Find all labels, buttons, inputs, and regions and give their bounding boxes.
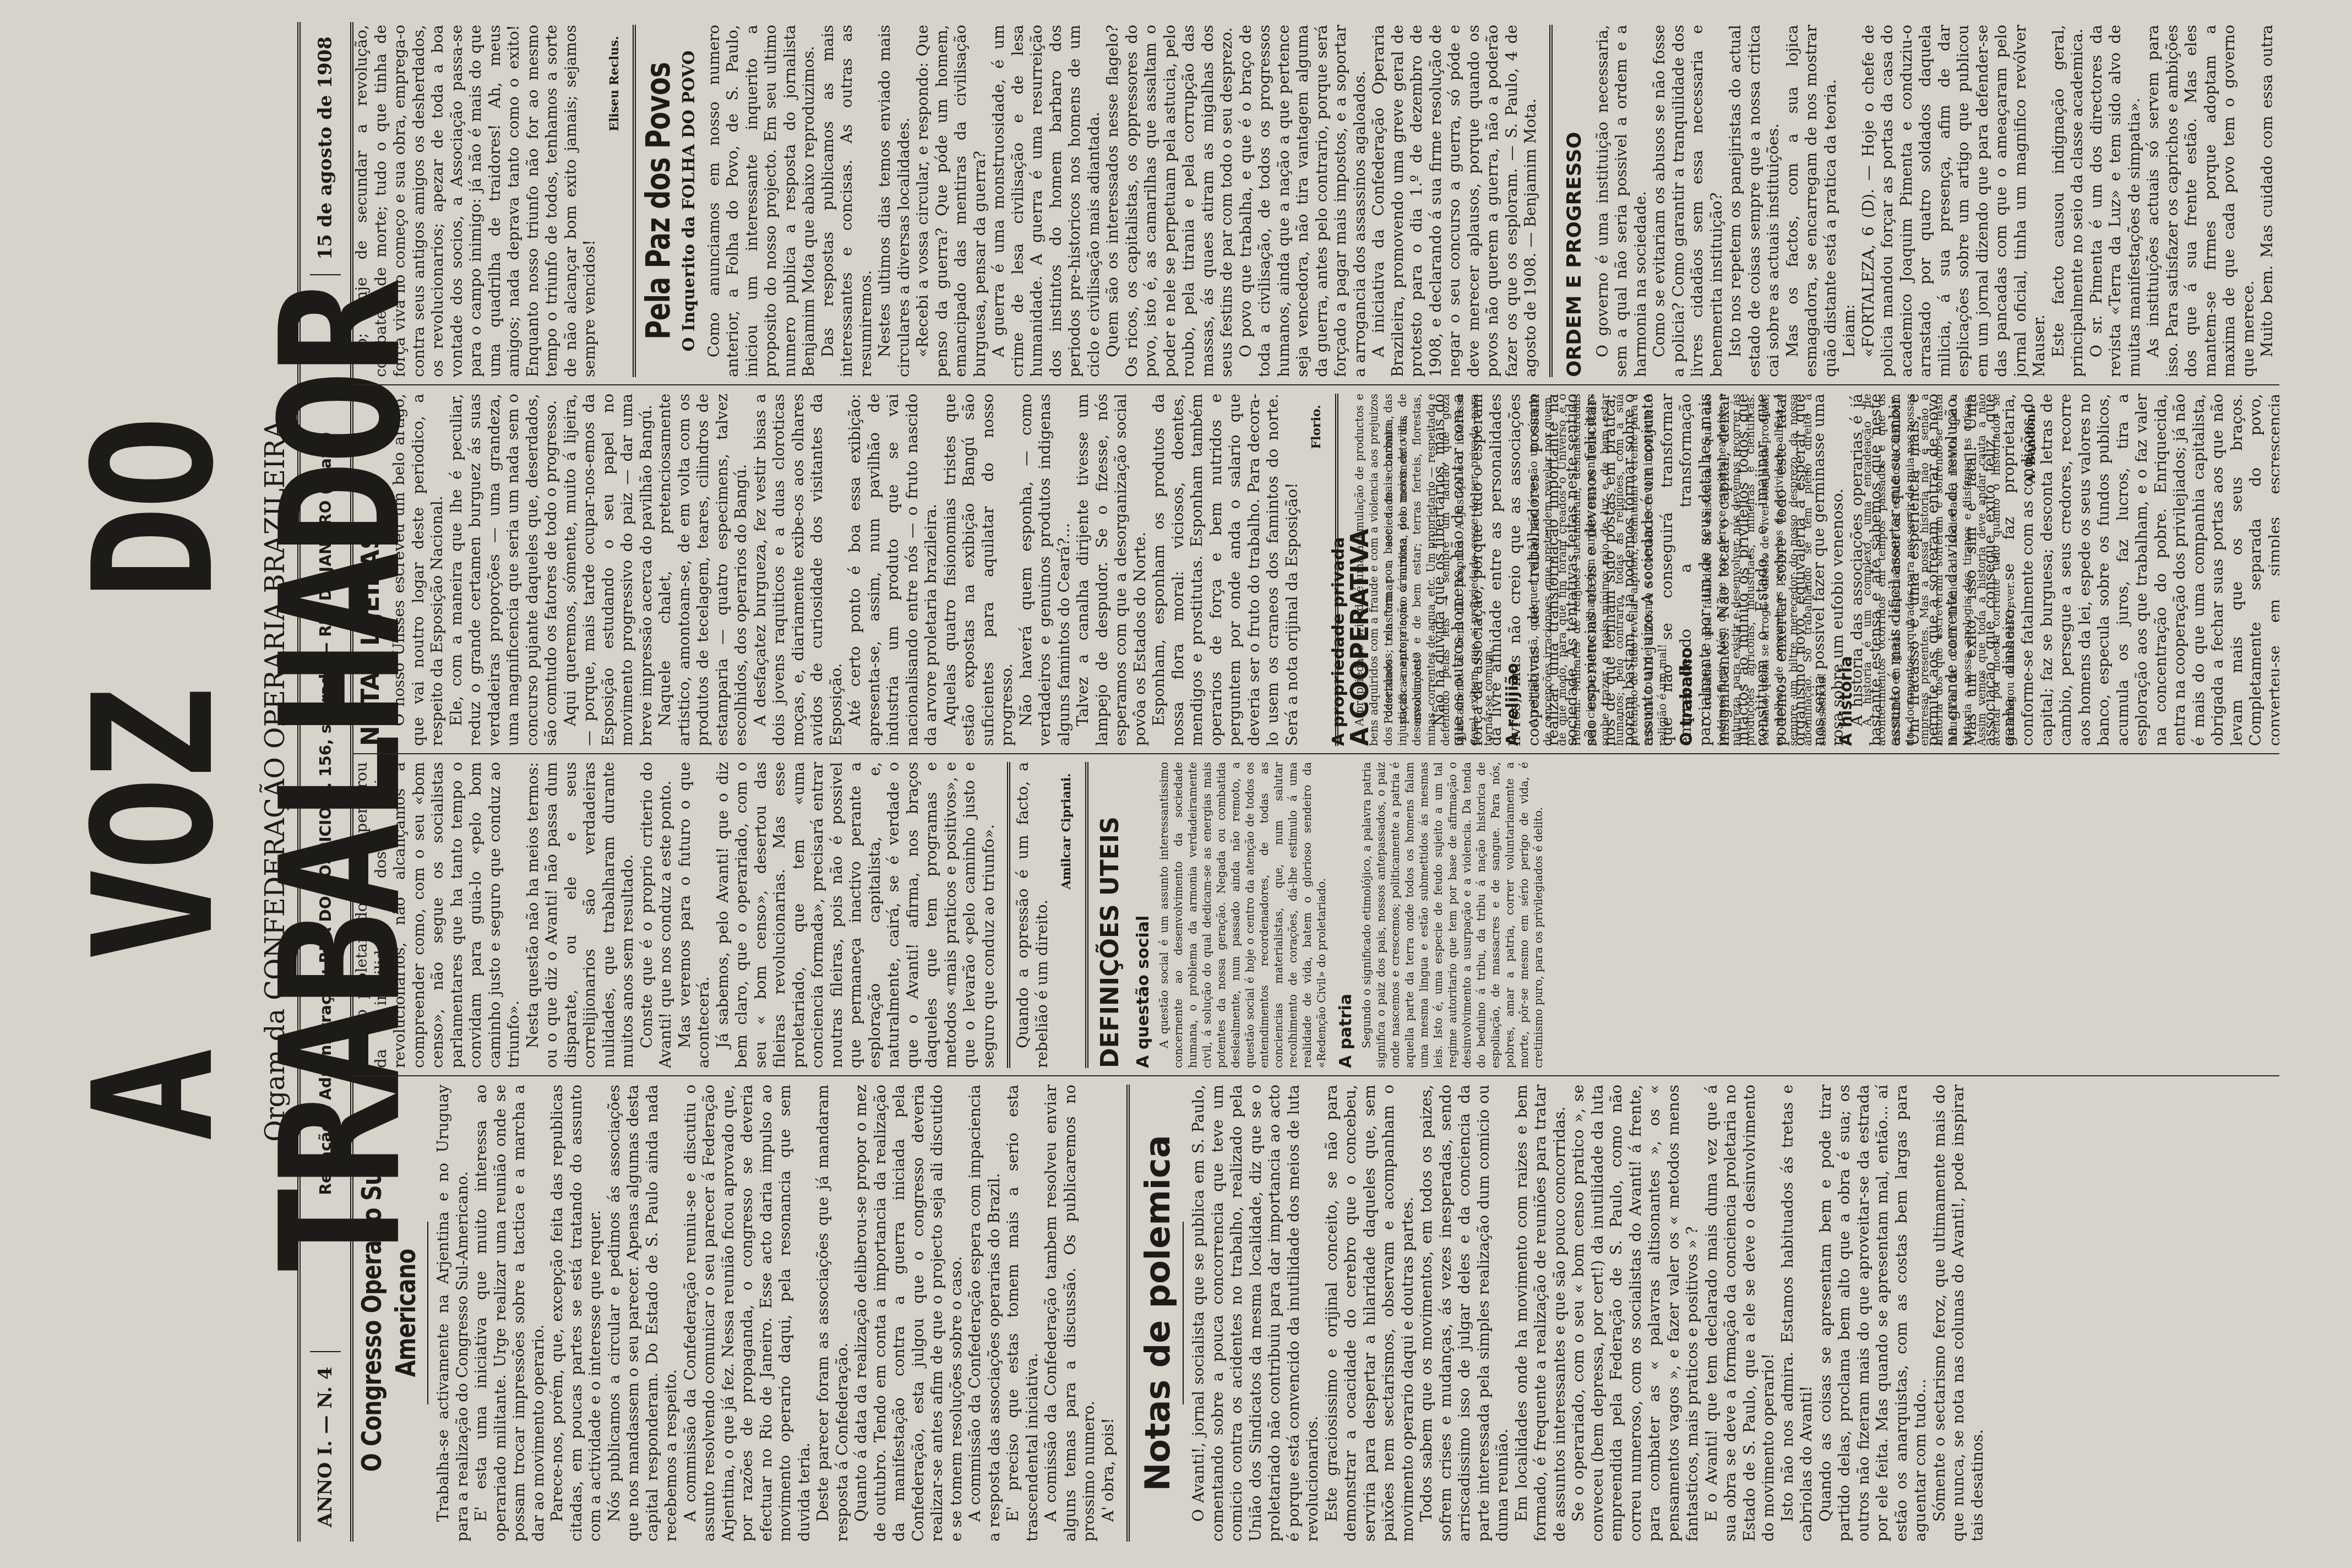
paragraph: Todos sabem que os movimentos, em todos … (1417, 1085, 1512, 1542)
paragraph: Deste parecer foram as associações que j… (814, 1085, 852, 1542)
paragraph: Parece-nos, porém, que, excepção feita d… (548, 1085, 605, 1542)
paragraph: Até certo ponto é boa essa exibição: apr… (846, 394, 941, 746)
masthead-title: A VOZ DO TRABALHADOR (61, 64, 248, 1498)
paragraph: Este graciosissimo e orijinal conceito, … (1322, 1085, 1418, 1542)
cooperativa-continued: do; lonje de secundar a revolução, comba… (352, 25, 600, 377)
definitions-continued: A propriedade privada A propriedade priv… (1321, 394, 2279, 746)
paragraph: Isto nos repetem os panejiristas do actu… (1726, 25, 1783, 377)
paragraph: O governo é uma instituição necessaria, … (1593, 25, 1651, 377)
paragraph: A commissão da Confederação espera com i… (966, 1085, 1004, 1542)
paragraph: Já sabemos, pelo Avanti! que o diz bem c… (714, 762, 999, 1068)
paragraph: Como anunciamos em nosso numero anterior… (705, 25, 819, 377)
paragraph: Quem são os interessados nesse flagelo? … (1103, 25, 1237, 377)
definition-title: A historia (1836, 394, 1858, 746)
column-rule (352, 1075, 2279, 1076)
definition-title: A propriedade privada (1328, 394, 1350, 746)
paragraph: Leiam: (1840, 25, 1859, 377)
quote-text: Quando a opressão é um facto, a rebelião… (1014, 762, 1052, 1068)
paragraph: Se o proletariado se compenetrou da inut… (352, 762, 524, 1068)
paragraph: Se o operariado, com o seu « bom censo p… (1569, 1085, 1702, 1542)
paragraph: Isto não nos admira. Estamos habituados … (1778, 1085, 1816, 1542)
paragraph: E o Avanti! que tem declarado mais duma … (1702, 1085, 1778, 1542)
paragraph: Das respostas publicamos as mais interes… (819, 25, 876, 377)
definition-title: A questão social (1133, 762, 1155, 1068)
paragraph: A comissão da Confederação tambem resolv… (1042, 1085, 1099, 1542)
paragraph: Muito bem. Mas cuidado com essa outra qu… (2258, 25, 2279, 377)
paragraph: «FORTALEZA, 6 (D). — Hoje o chefe de pol… (1859, 25, 2049, 377)
definitions-list: A questão socialA questão social é um as… (1133, 762, 1545, 1068)
divider (633, 25, 639, 377)
paragraph: E' esta uma iniciativa que muito interes… (472, 1085, 548, 1542)
article-congresso-body: Trabalha-se activamente na Arjentina e n… (434, 1085, 1118, 1542)
paragraph: Como se evitariam os abusos se não fosse… (1650, 25, 1726, 377)
paragraph: Mas os factos, com a sua lojica esmagado… (1783, 25, 1841, 377)
paragraph: A guerra é uma monstruosidade, é um crim… (989, 25, 1103, 377)
paragraph: Não haverá quem esponha, — como verdadei… (1017, 394, 1074, 746)
definition-text: A questão social é um assunto interessan… (1157, 762, 1329, 1068)
divider (1007, 762, 1014, 1068)
paragraph: Aquelas quatro fisionomias tristes que e… (941, 394, 1017, 746)
paragraph: E' preciso que estas tomem mais a serio … (1004, 1085, 1042, 1542)
divider (310, 1351, 341, 1352)
reclus-signature: Eliseu Reclus. (605, 36, 624, 377)
paragraph: Mas veremos para o futuro o que acontece… (676, 762, 714, 1068)
paragraph: A' obra, pois! (1099, 1085, 1118, 1542)
definition-text: A propriedade privada é uma acumulação d… (1352, 394, 1495, 746)
paragraph: O sr. Pimenta é um dos directores da rev… (2087, 25, 2144, 377)
paragraph: Sómente o sectarismo feroz, que ultimame… (1930, 1085, 1988, 1542)
masthead-subtitle: Orgam da CONFEDERAÇÃO OPERARIA BRAZILEIR… (259, 26, 292, 1535)
divider (1549, 25, 1556, 377)
divider (427, 1222, 428, 1404)
paragraph: Nós publicamos a circular e pedimos ás a… (605, 1085, 681, 1542)
article-headline-polemica: Notas de polemica (1137, 1085, 1178, 1542)
notas-lijeiras-body: O nosso Ulisses escreveu um belo artigo,… (390, 394, 1302, 746)
section-heading-ordem: ORDEM E PROGRESSO (1559, 25, 1590, 377)
divider (1183, 1222, 1184, 1404)
divider (310, 274, 341, 275)
article-headline-congresso: O Congresso Operario Sul-Americano (355, 1130, 423, 1496)
section-heading-definicoes: DEFINIÇÕES UTEIS (1095, 762, 1126, 1068)
definition-title: O trabalho (1676, 394, 1698, 746)
column-rule (352, 384, 2279, 385)
paragraph: Conste que é o proprio criterio do Avant… (638, 762, 676, 1068)
paragraph: Nesta questão não ha meios termos: ou o … (524, 762, 638, 1068)
issue-date: 15 de agosto de 1908 (314, 22, 336, 274)
paragraph: «Recebi a vossa circular, e respondo: Qu… (913, 25, 989, 377)
paragraph: A iniciativa da Confederação Operaria Br… (1369, 25, 1540, 377)
definition-title: A relijião (1502, 394, 1524, 746)
article-polemica-body: O Avanti!, jornal socialista que se publ… (1189, 1085, 1987, 1542)
paragraph: A desfaçatez burgueza, fez vestir bisas … (751, 394, 846, 746)
definition-text: Segundo o significado etimolójico, a pal… (1359, 762, 1545, 1068)
article-polemica-continued: Se o proletariado se compenetrou da inut… (352, 762, 998, 1068)
section-heading-pela-paz: Pela Paz dos Povos (641, 60, 676, 342)
paragraph: Este facto causou indignação geral, prin… (2049, 25, 2087, 377)
column-4: do; lonje de secundar a revolução, comba… (352, 25, 2279, 377)
definition-text: O trabalho é uma fatalidade da existenci… (1700, 394, 1829, 746)
definition-text: A historia é um complexo, uma encadeação… (1860, 394, 2017, 746)
issue-info-bar: ANNO I. — N. 4 Redação e Administração: … (297, 22, 353, 1542)
paragraph: Nestes ultimos dias temos enviado mais c… (875, 25, 913, 377)
paragraph: Trabalha-se activamente na Arjentina e n… (434, 1085, 472, 1542)
ordem-progresso-body: O governo é uma instituição necessaria, … (1593, 25, 2280, 377)
paragraph: Em localidades onde ha movimento com rai… (1512, 1085, 1570, 1542)
newspaper-page: A VOZ DO TRABALHADOR Orgam da CONFEDERAÇ… (0, 0, 2352, 1568)
paragraph: Quando as coisas se apresentam bem e pod… (1816, 1085, 1930, 1542)
pela-paz-body: Como anunciamos em nosso numero anterior… (705, 25, 1540, 377)
paragraph: Esponham, esponham os produtos da nossa … (1150, 394, 1302, 746)
section-heading-notas: NOTAS LIJEIRAS (356, 394, 386, 746)
definition-text: A relijião cristã, qualquer relijião, nã… (1526, 394, 1669, 746)
paragraph: Aqui queremos, sómente, muito á lijeira,… (561, 394, 656, 746)
column-2: Se o proletariado se compenetrou da inut… (352, 762, 2279, 1068)
divider (1085, 762, 1092, 1068)
paragraph: A commissão da Confederação reuniu-se e … (681, 1085, 814, 1542)
paragraph: As instituições actuais só servem para i… (2144, 25, 2258, 377)
paragraph: Quanto á data da realização deliberou-se… (852, 1085, 966, 1542)
paragraph: O povo que trabalha, e que é o braço de … (1237, 25, 1370, 377)
paragraph: Ele, com a maneira que lhe é peculiar, r… (447, 394, 561, 746)
column-rule (352, 753, 2279, 754)
paragraph: do; lonje de secundar a revolução, comba… (352, 25, 600, 377)
historia-signature: A. Bandoni. (2023, 405, 2039, 746)
paragraph: Talvez a canalha dirijente tivesse um la… (1074, 394, 1150, 746)
issue-number: ANNO I. — N. 4 (314, 1352, 336, 1542)
paragraph: Naquele chalet, pretenciosamente artisti… (656, 394, 751, 746)
column-1: O Congresso Operario Sul-Americano Traba… (352, 1085, 2279, 1542)
editorial-address: Redação e Administração: RUA DO HOSPICIO… (317, 275, 335, 1351)
quote-signature: Amilcar Cipriani. (1057, 773, 1076, 1068)
divider (1126, 1085, 1133, 1542)
paragraph: O nosso Ulisses escreveu um belo artigo,… (390, 394, 447, 746)
paragraph: O Avanti!, jornal socialista que se publ… (1189, 1085, 1322, 1542)
pela-paz-kicker: O Inquerito da FOLHA DO POVO (680, 25, 699, 377)
definition-title: A patria (1335, 762, 1357, 1068)
